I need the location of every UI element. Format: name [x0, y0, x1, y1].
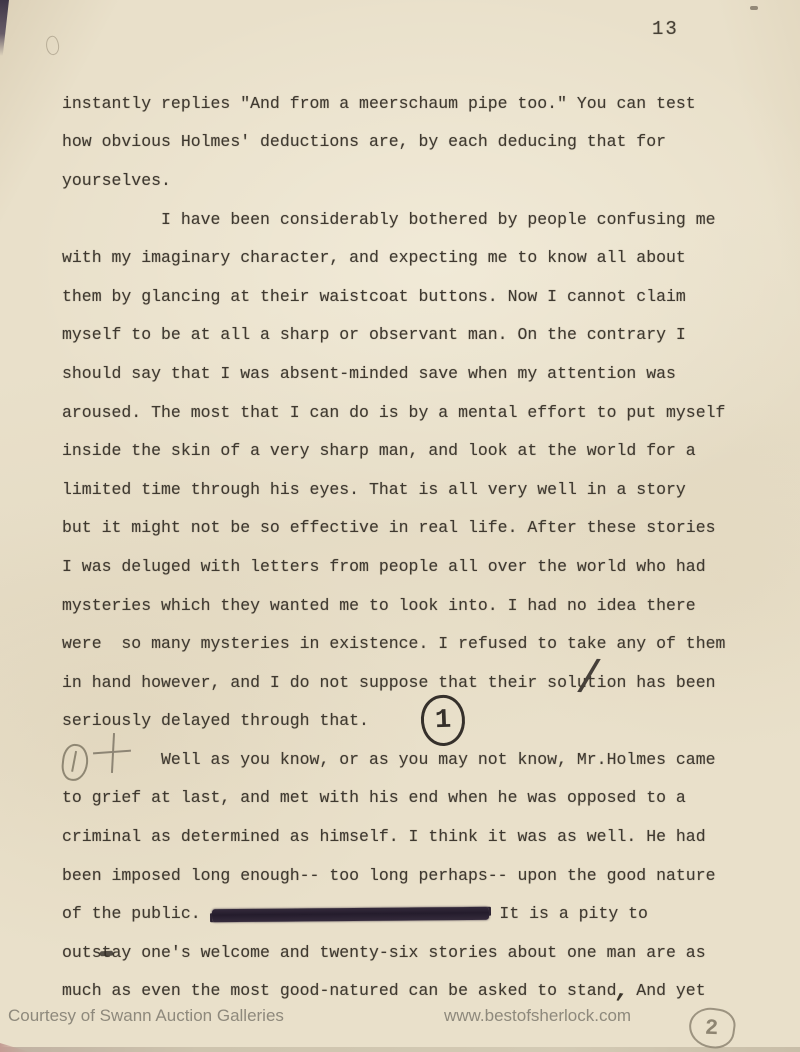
text-segment: I have been considerably bothered by peo… [62, 210, 716, 229]
text-segment: how obvious Holmes' deductions are, by e… [62, 132, 666, 151]
typewritten-text: instantly replies "And from a meerschaum… [62, 84, 762, 1010]
text-segment: mysteries which they wanted me to look i… [62, 596, 696, 615]
scan-speck [750, 6, 758, 10]
text-segment: I was deluged with letters from people a… [62, 557, 706, 576]
text-segment: with my imaginary character, and expecti… [62, 248, 686, 267]
scan-edge-bottom [0, 1047, 800, 1052]
typewritten-line: with my imaginary character, and expecti… [62, 238, 762, 277]
typewritten-line: of the public. It is a pity to [62, 894, 762, 933]
text-segment: inside the skin of a very sharp man, and… [62, 441, 696, 460]
typewritten-line: limited time through his eyes. That is a… [62, 470, 762, 509]
text-segment: of the public. [62, 904, 211, 923]
typewritten-line: aroused. The most that I can do is by a … [62, 393, 762, 432]
typewritten-line: in hand however, and I do not suppose th… [62, 663, 762, 702]
text-segment: criminal as determined as himself. I thi… [62, 827, 706, 846]
overtype-correction-smudge [100, 951, 113, 957]
typewritten-line: seriously delayed through that. [62, 702, 762, 741]
cross-vertical-stroke [111, 733, 115, 773]
text-segment: to grief at last, and met with his end w… [62, 788, 686, 807]
typewritten-line: were so many mysteries in existence. I r… [62, 624, 762, 663]
handwritten-slash-mark: / [574, 654, 606, 705]
typewritten-line: but it might not be so effective in real… [62, 509, 762, 548]
text-segment: yourselves. [62, 171, 171, 190]
text-segment: them by glancing at their waistcoat butt… [62, 287, 686, 306]
typewritten-line: I have been considerably bothered by peo… [62, 200, 762, 239]
typewritten-line: how obvious Holmes' deductions are, by e… [62, 123, 762, 162]
text-segment: were so many mysteries in existence. I r… [62, 634, 725, 653]
typewritten-line: myself to be at all a sharp or observant… [62, 316, 762, 355]
typewritten-line: yourselves. [62, 161, 762, 200]
typewritten-line: instantly replies "And from a meerschaum… [62, 84, 762, 123]
typewritten-line: should say that I was absent-minded save… [62, 354, 762, 393]
faint-pencil-squiggle [44, 35, 61, 57]
typewritten-line: to grief at last, and met with his end w… [62, 779, 762, 818]
circled-number-2-annotation: 2 [686, 1005, 737, 1051]
typewritten-line: much as even the most good-natured can b… [62, 972, 762, 1011]
text-segment: outstay one's welcome and twenty-six sto… [62, 943, 706, 962]
text-segment: much as even the most good-natured can b… [62, 981, 706, 1000]
typewritten-line: criminal as determined as himself. I thi… [62, 817, 762, 856]
text-segment: but it might not be so effective in real… [62, 518, 716, 537]
text-segment: aroused. The most that I can do is by a … [62, 403, 725, 422]
circled-number-2-label: 2 [705, 1015, 719, 1040]
website-text: www.bestofsherlock.com [444, 1006, 631, 1026]
text-segment: myself to be at all a sharp or observant… [62, 325, 686, 344]
typewritten-line: inside the skin of a very sharp man, and… [62, 431, 762, 470]
text-segment: should say that I was absent-minded save… [62, 364, 676, 383]
typewritten-line: outstay one's welcome and twenty-six sto… [62, 933, 762, 972]
page-number: 13 [652, 18, 679, 40]
typewritten-line: mysteries which they wanted me to look i… [62, 586, 762, 625]
typewritten-line: them by glancing at their waistcoat butt… [62, 277, 762, 316]
manuscript-page: 13 instantly replies "And from a meersch… [0, 0, 800, 1052]
text-segment: limited time through his eyes. That is a… [62, 480, 686, 499]
text-segment: seriously delayed through that. [62, 711, 369, 730]
circled-number-1-label: 1 [434, 705, 451, 736]
text-segment: instantly replies "And from a meerschaum… [62, 94, 696, 113]
typewritten-line: I was deluged with letters from people a… [62, 547, 762, 586]
typewritten-line: been imposed long enough-- too long perh… [62, 856, 762, 895]
typewritten-line: Well as you know, or as you may not know… [62, 740, 762, 779]
text-segment: It is a pity to [490, 904, 648, 923]
text-segment: in hand however, and I do not suppose th… [62, 673, 716, 692]
margin-oval-inner-stroke [71, 751, 77, 772]
courtesy-credit-text: Courtesy of Swann Auction Galleries [8, 1006, 284, 1026]
text-segment: been imposed long enough-- too long perh… [62, 866, 716, 885]
redaction-bar [211, 907, 488, 922]
text-segment: Well as you know, or as you may not know… [62, 750, 716, 769]
margin-cross-mark [93, 733, 131, 773]
scan-edge-top-left [0, 0, 9, 56]
